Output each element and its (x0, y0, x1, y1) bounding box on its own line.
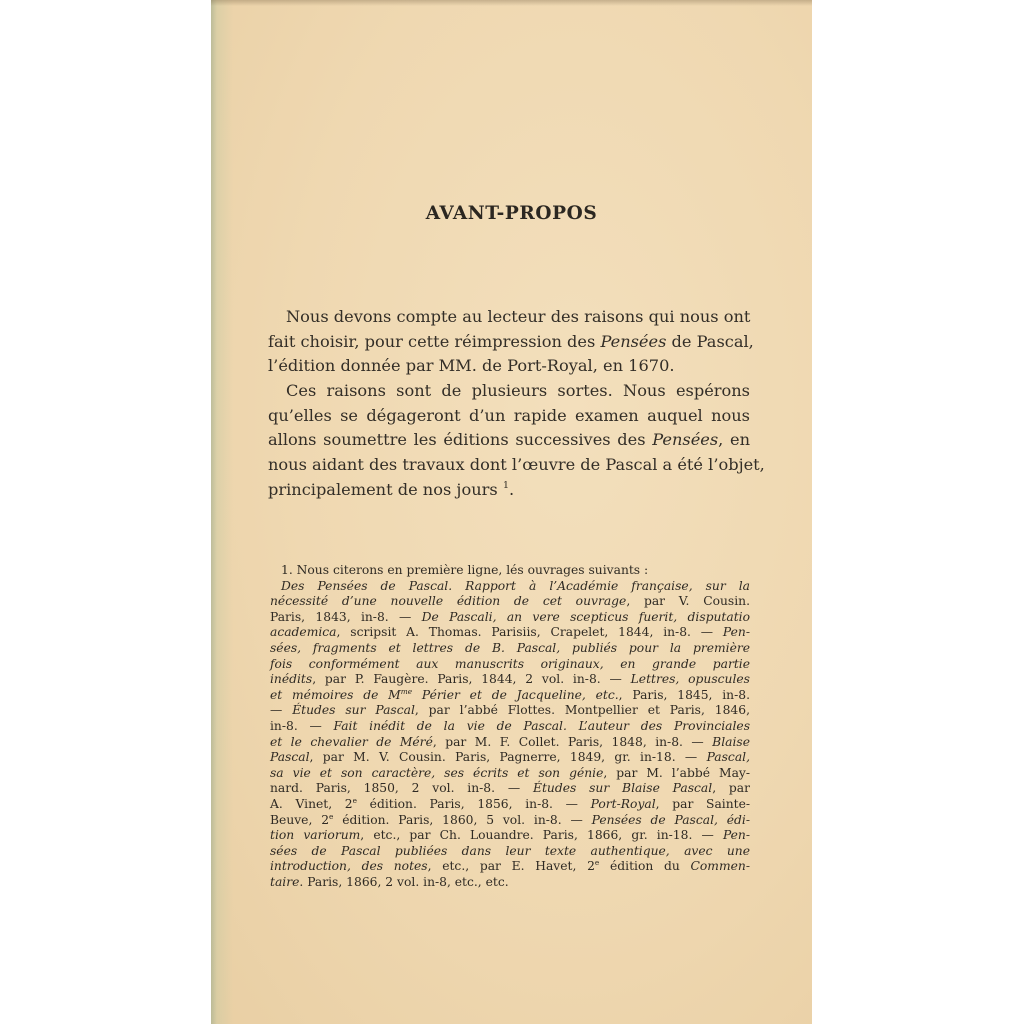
text-segment: , etc., par Ch. Louandre. Paris, 1866, g… (360, 828, 723, 842)
italic-text: Pen- (723, 625, 750, 639)
text-segment: , Paris, 1845, in-8. (619, 688, 750, 702)
italic-text: tion variorum (270, 828, 360, 842)
italic-text: taire (270, 875, 299, 889)
text-segment: , par M. l’abbé May- (603, 766, 750, 780)
text-segment: , par M. F. Collet. Paris, 1848, in-8. — (433, 735, 712, 749)
text-line: nous aidant des travaux dont l’œuvre de … (268, 453, 750, 478)
text-segment: fait choisir, pour cette réimpression de… (268, 332, 600, 351)
main-paragraphs: Nous devons compte au lecteur des raison… (268, 305, 750, 503)
text-line: nécessité d’une nouvelle édition de cet … (270, 594, 750, 610)
text-segment: , par (712, 781, 750, 795)
text-segment: édition. Paris, 1860, 5 vol. in-8. — (333, 813, 591, 827)
italic-text: fois conformément aux manuscrits origina… (270, 657, 750, 671)
italic-text: Pascal (270, 750, 310, 764)
text-segment: A. Vinet, 2 (270, 797, 353, 811)
italic-text: sées de Pascal publiées dans leur texte … (270, 844, 750, 858)
text-segment: Nous devons compte au lecteur des raison… (286, 307, 750, 326)
italic-text: Pen- (723, 828, 750, 842)
italic-text: Périer et de Jacqueline, etc. (412, 688, 619, 702)
text-line: Pascal, par M. V. Cousin. Paris, Pagnerr… (270, 750, 750, 766)
text-line: in-8. — Fait inédit de la vie de Pascal.… (270, 719, 750, 735)
text-segment: , par Sainte- (656, 797, 750, 811)
italic-text: Des Pensées de Pascal. Rapport à l’Acadé… (281, 579, 750, 593)
page-title: AVANT-PROPOS (211, 203, 812, 224)
text-segment: Ces raisons sont de plusieurs sortes. No… (286, 381, 750, 400)
italic-text: Pensées (600, 332, 666, 351)
text-segment: principalement de nos jours (268, 480, 503, 499)
text-line: qu’elles se dégageront d’un rapide exame… (268, 404, 750, 429)
italic-text: Fait inédit de la vie de Pascal. L’auteu… (334, 719, 750, 733)
text-line: Des Pensées de Pascal. Rapport à l’Acadé… (270, 579, 750, 595)
italic-text: Lettres, opuscules (631, 672, 750, 686)
text-line: academica, scripsit A. Thomas. Parisiis,… (270, 625, 750, 641)
text-line: 1. Nous citerons en première ligne, lés … (270, 563, 750, 579)
text-line: Beuve, 2e édition. Paris, 1860, 5 vol. i… (270, 813, 750, 829)
text-segment: de Pascal, (666, 332, 753, 351)
text-line: l’édition donnée par MM. de Port-Royal, … (268, 354, 750, 379)
italic-text: Pensées de Pascal, édi- (592, 813, 750, 827)
italic-text: et mémoires de M (270, 688, 401, 702)
text-segment: l’édition donnée par MM. de Port-Royal, … (268, 356, 675, 375)
text-line: fois conformément aux manuscrits origina… (270, 657, 750, 673)
italic-text: Pensées (652, 430, 718, 449)
text-segment: , scripsit A. Thomas. Parisiis, Crapelet… (337, 625, 723, 639)
text-segment: , par M. V. Cousin. Paris, Pagnerre, 184… (310, 750, 707, 764)
italic-text: Port-Royal (591, 797, 656, 811)
book-page: AVANT-PROPOS Nous devons compte au lecte… (211, 0, 812, 1024)
text-line: principalement de nos jours 1. (268, 478, 750, 503)
text-line: inédits, par P. Faugère. Paris, 1844, 2 … (270, 672, 750, 688)
italic-text: Études sur Blaise Pascal (533, 781, 712, 795)
italic-text: sa vie et son caractère, ses écrits et s… (270, 766, 603, 780)
text-line: allons soumettre les éditions successive… (268, 428, 750, 453)
superscript: me (401, 687, 412, 696)
italic-text: inédits (270, 672, 312, 686)
text-segment: édition. Paris, 1856, in-8. — (357, 797, 591, 811)
text-line: — Études sur Pascal, par l’abbé Flottes.… (270, 703, 750, 719)
text-line: sées, fragments et lettres de B. Pascal,… (270, 641, 750, 657)
italic-text: academica (270, 625, 337, 639)
text-line: tion variorum, etc., par Ch. Louandre. P… (270, 828, 750, 844)
text-line: et mémoires de Mme Périer et de Jacqueli… (270, 688, 750, 704)
text-line: fait choisir, pour cette réimpression de… (268, 330, 750, 355)
text-segment: 1. Nous citerons en première ligne, lés … (281, 563, 648, 577)
italic-text: Blaise (712, 735, 750, 749)
text-line: nard. Paris, 1850, 2 vol. in-8. — Études… (270, 781, 750, 797)
text-line: A. Vinet, 2e édition. Paris, 1856, in-8.… (270, 797, 750, 813)
italic-text: sées, fragments et lettres de B. Pascal,… (270, 641, 750, 655)
text-segment: . (509, 480, 514, 499)
text-line: introduction, des notes, etc., par E. Ha… (270, 859, 750, 875)
italic-text: et le chevalier de Méré (270, 735, 433, 749)
text-line: Nous devons compte au lecteur des raison… (268, 305, 750, 330)
italic-text: Pascal, (707, 750, 750, 764)
text-segment: qu’elles se dégageront d’un rapide exame… (268, 406, 750, 425)
italic-text: introduction, des notes (270, 859, 428, 873)
text-segment: allons soumettre les éditions successive… (268, 430, 652, 449)
text-line: taire. Paris, 1866, 2 vol. in-8, etc., e… (270, 875, 750, 891)
text-segment: in-8. — (270, 719, 334, 733)
text-segment: édition du (599, 859, 690, 873)
text-line: Paris, 1843, in-8. — De Pascali, an vere… (270, 610, 750, 626)
italic-text: Études sur Pascal (292, 703, 415, 717)
text-segment: , en (718, 430, 750, 449)
text-segment: , par l’abbé Flottes. Montpellier et Par… (415, 703, 750, 717)
text-segment: Beuve, 2 (270, 813, 329, 827)
text-segment: nard. Paris, 1850, 2 vol. in-8. — (270, 781, 533, 795)
text-segment: , etc., par E. Havet, 2 (428, 859, 595, 873)
text-line: Ces raisons sont de plusieurs sortes. No… (268, 379, 750, 404)
text-segment: nous aidant des travaux dont l’œuvre de … (268, 455, 765, 474)
italic-text: Commen- (690, 859, 750, 873)
text-line: sées de Pascal publiées dans leur texte … (270, 844, 750, 860)
text-segment: . Paris, 1866, 2 vol. in-8, etc., etc. (299, 875, 508, 889)
text-segment: Paris, 1843, in-8. — (270, 610, 422, 624)
italic-text: nécessité d’une nouvelle édition de cet … (270, 594, 626, 608)
text-segment: , par P. Faugère. Paris, 1844, 2 vol. in… (312, 672, 630, 686)
text-segment: — (270, 703, 292, 717)
text-segment: , par V. Cousin. (626, 594, 750, 608)
footnote: 1. Nous citerons en première ligne, lés … (270, 563, 750, 890)
text-line: sa vie et son caractère, ses écrits et s… (270, 766, 750, 782)
text-line: et le chevalier de Méré, par M. F. Colle… (270, 735, 750, 751)
italic-text: De Pascali, an vere scepticus fuerit, di… (422, 610, 750, 624)
